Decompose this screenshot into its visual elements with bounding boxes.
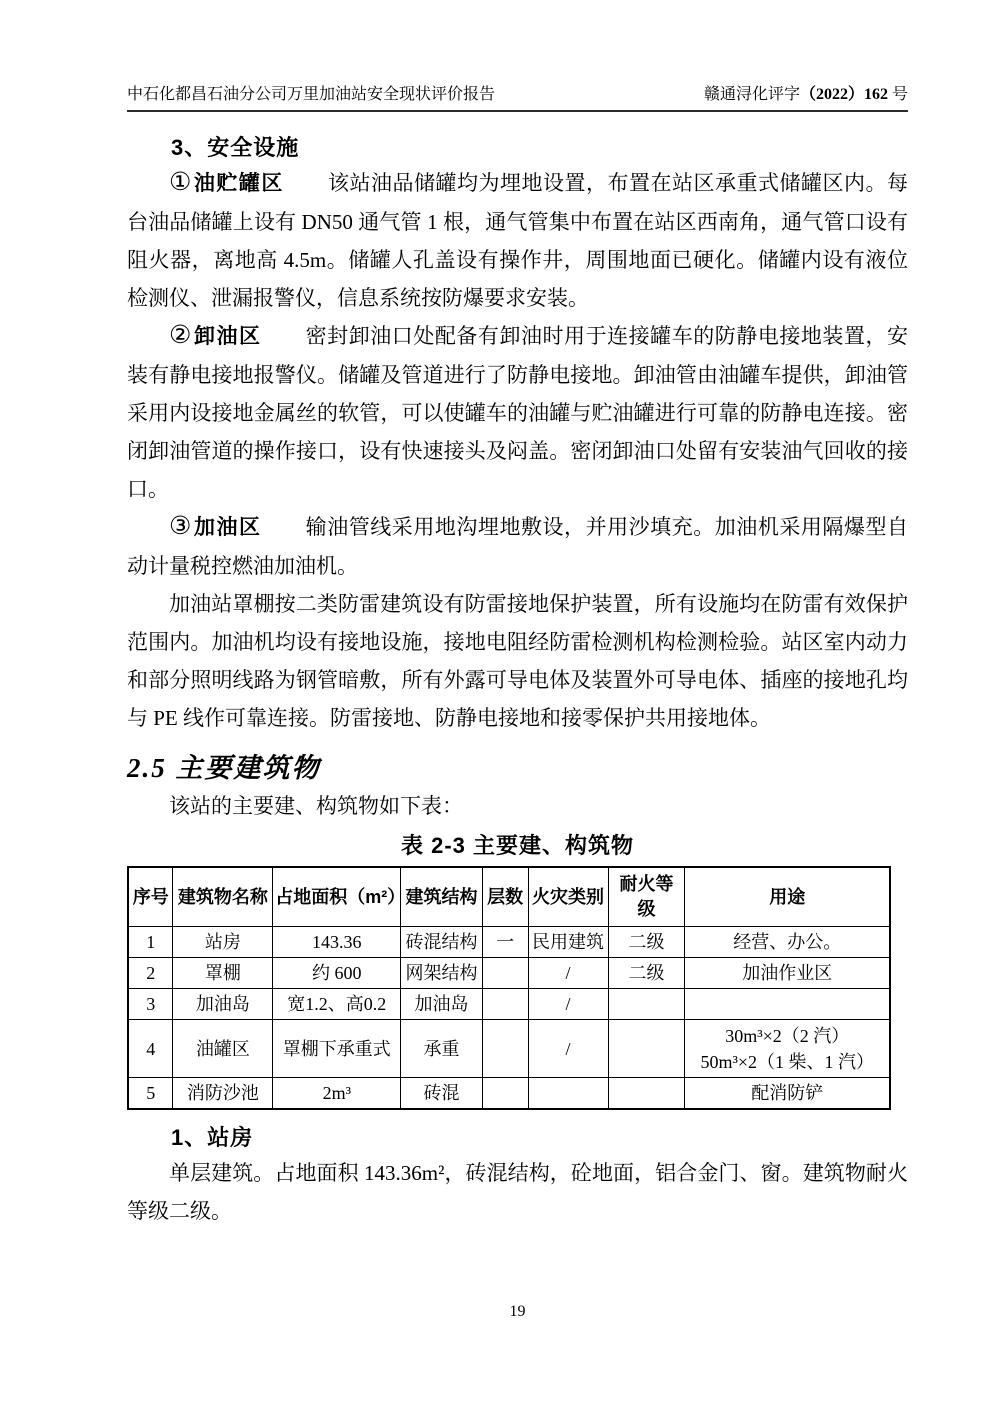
page-footer: 19 <box>127 1303 908 1321</box>
table-cell: 罩棚 <box>173 958 273 989</box>
table-cell: 加油岛 <box>173 989 273 1020</box>
table-cell: 民用建筑 <box>528 927 608 958</box>
table-cell: 二级 <box>608 927 685 958</box>
table-row: 2 罩棚 约 600 网架结构 / 二级 加油作业区 <box>128 958 890 989</box>
doc-number-suffix: 号 <box>888 86 908 103</box>
circled-number-1: ① <box>169 169 192 196</box>
table-cell: 2 <box>128 958 173 989</box>
heading-main-buildings: 2.5 主要建筑物 <box>127 749 908 787</box>
table-cell: 承重 <box>401 1020 483 1078</box>
header-doc-number: 赣通浔化评字（2022）162 号 <box>704 84 908 105</box>
table-header-cell: 耐火等级 <box>608 867 685 927</box>
table-header-cell: 层数 <box>482 867 528 927</box>
table-cell: 30m³×2（2 汽） 50m³×2（1 柴、1 汽） <box>685 1020 890 1078</box>
table-cell: 3 <box>128 989 173 1020</box>
label-unloading-area: 卸油区 <box>194 325 262 348</box>
table-cell: 二级 <box>608 958 685 989</box>
table-cell <box>482 958 528 989</box>
doc-number-value: （2022）162 <box>800 86 888 103</box>
table-cell: 罩棚下承重式 <box>273 1020 401 1078</box>
table-cell <box>528 1078 608 1110</box>
table-cell: / <box>528 958 608 989</box>
table-cell: / <box>528 1020 608 1078</box>
table-cell <box>608 1020 685 1078</box>
circled-number-3: ③ <box>169 513 192 540</box>
table-cell: / <box>528 989 608 1020</box>
document-page: 中石化都昌石油分公司万里加油站安全现状评价报告 赣通浔化评字（2022）162 … <box>0 0 992 1403</box>
table-cell: 4 <box>128 1020 173 1078</box>
table-cell <box>608 989 685 1020</box>
buildings-table: 序号 建筑物名称 占地面积（m²） 建筑结构 层数 火灾类别 耐火等级 用途 1… <box>127 866 891 1110</box>
table-row: 4 油罐区 罩棚下承重式 承重 / 30m³×2（2 汽） 50m³×2（1 柴… <box>128 1020 890 1078</box>
paragraph-unloading-area: ②卸油区密封卸油口处配备有卸油时用于连接罐车的防静电接地装置，安装有静电接地报警… <box>127 317 908 508</box>
label-refueling-area: 加油区 <box>194 516 262 539</box>
heading-station-house: 1、站房 <box>127 1122 908 1154</box>
table-header-cell: 序号 <box>128 867 173 927</box>
table-cell: 加油作业区 <box>685 958 890 989</box>
header-report-title: 中石化都昌石油分公司万里加油站安全现状评价报告 <box>127 84 495 105</box>
table-header-cell: 建筑结构 <box>401 867 483 927</box>
table-cell <box>608 1078 685 1110</box>
table-cell <box>482 1020 528 1078</box>
table-row: 1 站房 143.36 砖混结构 一 民用建筑 二级 经营、办公。 <box>128 927 890 958</box>
table-cell: 砖混 <box>401 1078 483 1110</box>
table-cell: 2m³ <box>273 1078 401 1110</box>
table-caption: 表 2-3 主要建、构筑物 <box>127 829 908 863</box>
table-header-cell: 建筑物名称 <box>173 867 273 927</box>
table-cell: 油罐区 <box>173 1020 273 1078</box>
page-header: 中石化都昌石油分公司万里加油站安全现状评价报告 赣通浔化评字（2022）162 … <box>127 84 908 112</box>
table-cell: 1 <box>128 927 173 958</box>
paragraph-tank-area: ①油贮罐区该站油品储罐均为埋地设置，布置在站区承重式储罐区内。每台油品储罐上设有… <box>127 164 908 317</box>
table-cell: 143.36 <box>273 927 401 958</box>
page-number: 19 <box>510 1303 526 1320</box>
table-cell: 宽1.2、高0.2 <box>273 989 401 1020</box>
circled-number-2: ② <box>169 322 192 349</box>
table-cell: 网架结构 <box>401 958 483 989</box>
table-row: 5 消防沙池 2m³ 砖混 配消防铲 <box>128 1078 890 1110</box>
text-unloading-area: 密封卸油口处配备有卸油时用于连接罐车的防静电接地装置，安装有静电接地报警仪。储罐… <box>127 324 908 501</box>
table-header-cell: 占地面积（m²） <box>273 867 401 927</box>
table-header-cell: 火灾类别 <box>528 867 608 927</box>
table-header-row: 序号 建筑物名称 占地面积（m²） 建筑结构 层数 火灾类别 耐火等级 用途 <box>128 867 890 927</box>
table-header-cell: 用途 <box>685 867 890 927</box>
table-cell <box>685 989 890 1020</box>
table-cell <box>482 1078 528 1110</box>
table-cell: 消防沙池 <box>173 1078 273 1110</box>
paragraph-refueling-area: ③加油区输油管线采用地沟埋地敷设，并用沙填充。加油机采用隔爆型自动计量税控燃油加… <box>127 508 908 585</box>
table-cell: 5 <box>128 1078 173 1110</box>
table-cell: 一 <box>482 927 528 958</box>
heading-safety-facilities: 3、安全设施 <box>127 132 908 164</box>
table-cell: 加油岛 <box>401 989 483 1020</box>
page-content: 3、安全设施 ①油贮罐区该站油品储罐均为埋地设置，布置在站区承重式储罐区内。每台… <box>127 132 908 1230</box>
table-cell: 经营、办公。 <box>685 927 890 958</box>
table-cell: 约 600 <box>273 958 401 989</box>
table-cell: 配消防铲 <box>685 1078 890 1110</box>
table-cell <box>482 989 528 1020</box>
table-row: 3 加油岛 宽1.2、高0.2 加油岛 / <box>128 989 890 1020</box>
paragraph-table-intro: 该站的主要建、构筑物如下表： <box>127 787 908 825</box>
paragraph-station-house: 单层建筑。占地面积 143.36m²，砖混结构，砼地面，铝合金门、窗。建筑物耐火… <box>127 1154 908 1230</box>
paragraph-lightning-protection: 加油站罩棚按二类防雷建筑设有防雷接地保护装置，所有设施均在防雷有效保护范围内。加… <box>127 585 908 737</box>
table-cell: 砖混结构 <box>401 927 483 958</box>
table-cell: 站房 <box>173 927 273 958</box>
doc-number-prefix: 赣通浔化评字 <box>704 86 800 103</box>
label-tank-area: 油贮罐区 <box>194 172 284 195</box>
